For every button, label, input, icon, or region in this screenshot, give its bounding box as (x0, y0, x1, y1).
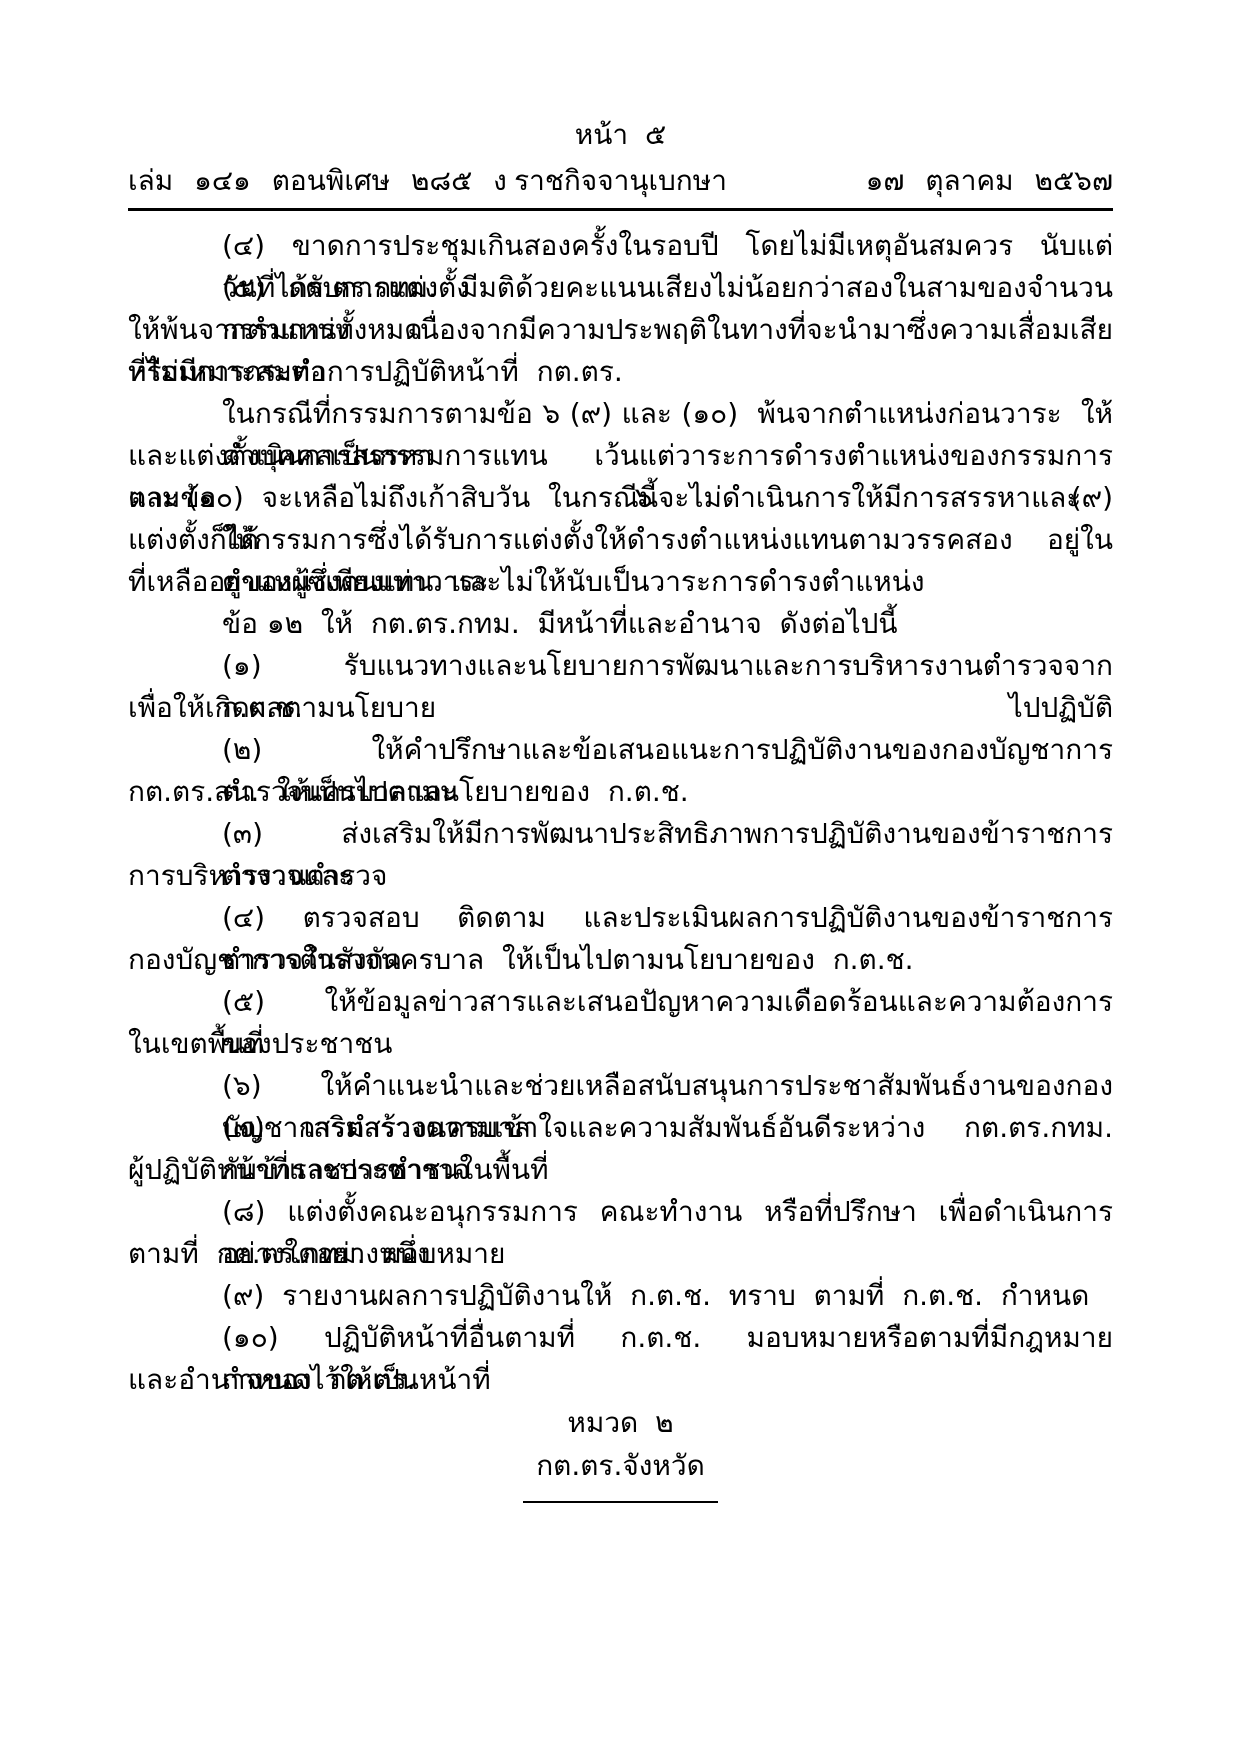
document-line: (๘) แต่งตั้งคณะอนุกรรมการ คณะทำงาน หรือท… (128, 1191, 1113, 1233)
document-line: ให้พ้นจากตำแหน่ง เนื่องจากมีความประพฤติใ… (128, 309, 1113, 351)
document-line: ข้อ ๑๒ ให้ กต.ตร.กทม. มีหน้าที่และอำนาจ … (128, 603, 1113, 645)
document-line: ที่เหลืออยู่ของผู้ซึ่งตนแทน และไม่ให้นับ… (128, 561, 1113, 603)
document-line: กองบัญชาการตำรวจนครบาล ให้เป็นไปตามนโยบา… (128, 939, 1113, 981)
gazette-name: ราชกิจจานุเบกษา (514, 158, 727, 204)
page-number-label: หน้า ๕ (128, 112, 1113, 158)
header-row: เล่ม ๑๔๑ ตอนพิเศษ ๒๘๕ ง ราชกิจจานุเบกษา … (128, 158, 1113, 204)
document-line: ผู้ปฏิบัติหน้าที่และประชาชนในพื้นที่ (128, 1149, 1113, 1191)
document-line: และแต่งตั้งบุคคลเป็นกรรมการแทน เว้นแต่วา… (128, 435, 1113, 477)
document-line: (๒) ให้คำปรึกษาและข้อเสนอแนะการปฏิบัติงา… (128, 729, 1113, 771)
document-line: ให้กรรมการซึ่งได้รับการแต่งตั้งให้ดำรงตำ… (128, 519, 1113, 561)
document-line: (๖) ให้คำแนะนำและช่วยเหลือสนับสนุนการประ… (128, 1065, 1113, 1107)
document-line: (๓) ส่งเสริมให้มีการพัฒนาประสิทธิภาพการป… (128, 813, 1113, 855)
gazette-page: หน้า ๕ เล่ม ๑๔๑ ตอนพิเศษ ๒๘๕ ง ราชกิจจาน… (0, 0, 1241, 1754)
document-line: (๗) เสริมสร้างความเข้าใจและความสัมพันธ์อ… (128, 1107, 1113, 1149)
chapter-title: กต.ตร.จังหวัด (128, 1445, 1113, 1487)
document-line: (๕) ให้ข้อมูลข่าวสารและเสนอปัญหาความเดือ… (128, 981, 1113, 1023)
section-divider (523, 1501, 718, 1503)
document-line: ตามที่ กต.ตร.กทม. มอบหมาย (128, 1233, 1113, 1275)
document-line: (๔) ขาดการประชุมเกินสองครั้งในรอบปี โดยไ… (128, 225, 1113, 267)
document-line: (๕) กต.ตร.กทม. มีมติด้วยคะแนนเสียงไม่น้อ… (128, 267, 1113, 309)
document-line: และอำนาจของ กต.ตร. (128, 1359, 1113, 1401)
document-line: (๑๐) ปฏิบัติหน้าที่อื่นตามที่ ก.ต.ช. มอบ… (128, 1317, 1113, 1359)
document-line: (๑) รับแนวทางและนโยบายการพัฒนาและการบริห… (128, 645, 1113, 687)
document-line: การบริหารงานตำรวจ (128, 855, 1113, 897)
document-line: (๙) รายงานผลการปฏิบัติงานให้ ก.ต.ช. ทราบ… (128, 1275, 1113, 1317)
gazette-header: หน้า ๕ เล่ม ๑๔๑ ตอนพิเศษ ๒๘๕ ง ราชกิจจาน… (128, 0, 1113, 211)
document-lines: (๔) ขาดการประชุมเกินสองครั้งในรอบปี โดยไ… (128, 225, 1113, 1401)
document-line: และ (๑๐) จะเหลือไม่ถึงเก้าสิบวัน ในกรณีน… (128, 477, 1113, 519)
document-line: กต.ตร.สน. ให้เป็นไปตามนโยบายของ ก.ต.ช. (128, 771, 1113, 813)
document-line: ที่ไม่เหมาะสมต่อการปฏิบัติหน้าที่ กต.ตร. (128, 351, 1113, 393)
publication-date: ๑๗ ตุลาคม ๒๕๖๗ (866, 158, 1113, 204)
document-line: ในกรณีที่กรรมการตามข้อ ๖ (๙) และ (๑๐) พ้… (128, 393, 1113, 435)
header-rule (128, 208, 1113, 211)
document-line: (๔) ตรวจสอบ ติดตาม และประเมินผลการปฏิบัต… (128, 897, 1113, 939)
volume-issue-label: เล่ม ๑๔๑ ตอนพิเศษ ๒๘๕ ง (128, 158, 507, 204)
chapter-heading: หมวด ๒ (128, 1402, 1113, 1444)
